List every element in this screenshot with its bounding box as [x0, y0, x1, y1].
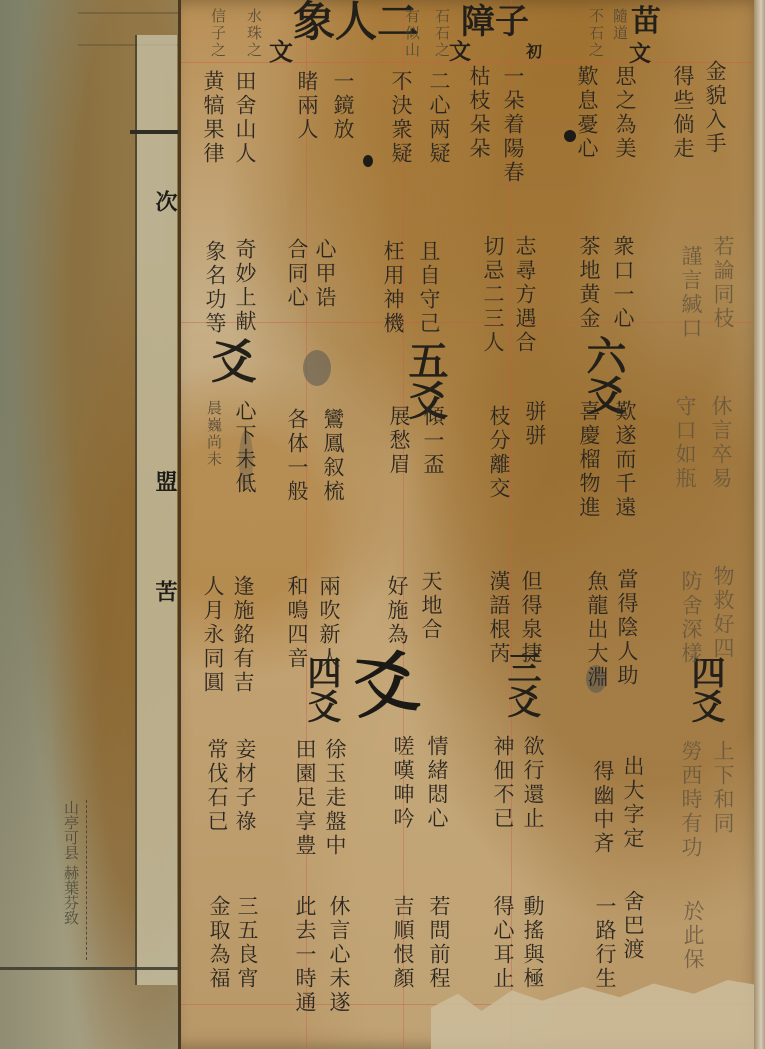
ink-dot	[363, 155, 373, 167]
verse-line: 守口如瓶	[673, 395, 697, 491]
verse-line: 金貌入手	[703, 60, 727, 156]
margin-note: 有似山	[403, 8, 421, 59]
section-heading-yao: 爻	[211, 340, 257, 384]
verse-line: 鸞鳳叙梳	[321, 408, 345, 504]
center-large-yao: 爻	[348, 646, 423, 725]
verse-line: 動搖與極	[521, 895, 545, 991]
verse-line: 魚龍出大淵	[585, 570, 609, 690]
verse-line: 枯枝朵朵	[467, 65, 491, 161]
verse-line: 展愁眉	[387, 405, 411, 477]
verse-line: 此去一時通	[293, 895, 317, 1015]
verse-line: 於此保	[681, 900, 705, 972]
verse-line: 心甲诰	[313, 238, 337, 310]
verse-line: 田園足享豊	[293, 738, 317, 858]
verse-line: 晨巍尚未	[205, 400, 223, 468]
verse-line: 一鏡放	[331, 70, 355, 142]
printed-rule	[130, 130, 178, 134]
verse-line: 枉用神機	[381, 240, 405, 336]
heading-mark-small: 初	[526, 30, 542, 74]
verse-line: 思之為美	[613, 65, 637, 161]
ruling-line	[181, 322, 754, 323]
manuscript-page: 象人二 文 障子 文 初 苗 文 六爻 五爻 爻 三爻 四爻 四爻 爻 信子之 …	[178, 0, 765, 1049]
verse-line: 但得泉捷	[519, 570, 543, 666]
ink-stain	[303, 350, 331, 386]
margin-note: 不石之	[587, 8, 605, 59]
verse-line: 妾材子祿	[233, 738, 257, 834]
verse-line: 衆口一心	[611, 235, 635, 331]
verse-line: 奇妙上献	[233, 238, 257, 334]
printed-fragment: 次	[150, 190, 181, 212]
verse-line: 徐玉走盤中	[323, 738, 347, 858]
verse-line: 若論同枝	[711, 235, 735, 331]
verse-line: 情緒悶心	[425, 735, 449, 831]
adjacent-page-edge	[135, 35, 177, 985]
verse-line: 出大字定	[621, 755, 645, 851]
verse-line: 和鳴四音	[285, 575, 309, 671]
verse-line: 二心两疑	[427, 70, 451, 166]
verse-line: 一路行生	[593, 895, 617, 991]
verse-line: 勞西時有功	[679, 740, 703, 860]
verse-line: 心下未低	[233, 400, 257, 496]
verse-line: 舍巴渡	[621, 890, 645, 962]
verse-line: 傾一盃	[421, 405, 445, 477]
ruling-line	[306, 0, 307, 1049]
verse-line: 兩吹新人	[317, 575, 341, 671]
verse-line: 天地合	[419, 570, 443, 642]
verse-line: 切忌二三人	[481, 235, 505, 355]
verse-line: 歎遂而千遠	[613, 400, 637, 520]
verse-line: 志尋方遇合	[513, 235, 537, 355]
verse-line: 上下和同	[711, 740, 735, 836]
verse-line: 神佃不已	[491, 735, 515, 831]
verse-line: 吉順恨顏	[391, 895, 415, 991]
margin-note: 信子之	[209, 8, 227, 59]
printed-fragment: 苦	[150, 580, 181, 602]
verse-line: 常伐石已	[205, 738, 229, 834]
verse-line: 嗟嘆呻吟	[391, 735, 415, 831]
adjacent-page-strip: 次 盟 苦 山亭可县 赫葉芬致	[0, 0, 178, 1049]
verse-line: 三五良宵	[235, 895, 259, 991]
page-edge	[754, 0, 765, 1049]
printed-column-text: 山亭可县 赫葉芬致	[60, 800, 87, 960]
printed-border-bottom	[0, 967, 178, 970]
verse-line: 物救好四	[711, 565, 735, 661]
verse-line: 休言卒易	[709, 395, 733, 491]
verse-line: 得些倘走	[671, 65, 695, 161]
verse-line: 一朵着陽春	[501, 65, 525, 185]
verse-line: 謹言緘口	[679, 245, 703, 341]
printed-line: 赫葉芬致	[62, 865, 80, 925]
heading-top-mid: 障子	[461, 0, 529, 44]
verse-line: 黄犒果律	[201, 70, 225, 166]
verse-line: 喜慶榴物進	[577, 400, 601, 520]
verse-line: 當得陰人助	[615, 568, 639, 688]
verse-line: 田舍山人	[233, 70, 257, 166]
verse-line: 不決衆疑	[389, 70, 413, 166]
verse-line: 若問前程	[427, 895, 451, 991]
verse-line: 枝分離交	[487, 405, 511, 501]
verse-line: 骈骈	[523, 400, 547, 448]
verse-line: 漢語根芮	[487, 570, 511, 666]
verse-line: 得幽中斉	[591, 760, 615, 856]
margin-note: 隨道	[611, 8, 629, 42]
margin-note: 石石之	[433, 8, 451, 59]
verse-line: 防舍深樣	[679, 570, 703, 666]
margin-note: 水珠之	[245, 8, 263, 59]
verse-line: 合同心	[285, 238, 309, 310]
verse-line: 得心耳止	[491, 895, 515, 991]
verse-line: 象名功等	[203, 240, 227, 336]
verse-line: 歎息憂心	[575, 65, 599, 161]
heading-mark: 文	[269, 30, 293, 74]
verse-line: 欲行還止	[521, 735, 545, 831]
verse-line: 睹兩人	[295, 70, 319, 142]
verse-line: 且自守己	[417, 240, 441, 336]
printed-fragment: 盟	[150, 470, 181, 492]
verse-line: 茶地黄金	[577, 235, 601, 331]
verse-line: 逢施銘有吉	[231, 575, 255, 695]
heading-top-left: 象人二	[293, 0, 419, 44]
verse-line: 各体一般	[285, 408, 309, 504]
verse-line: 人月永同圓	[201, 575, 225, 695]
verse-line: 金取為福	[207, 895, 231, 991]
verse-line: 休言心未遂	[327, 895, 351, 1015]
printed-line: 山亭可县	[62, 800, 80, 860]
verse-line: 好施為	[385, 575, 409, 647]
